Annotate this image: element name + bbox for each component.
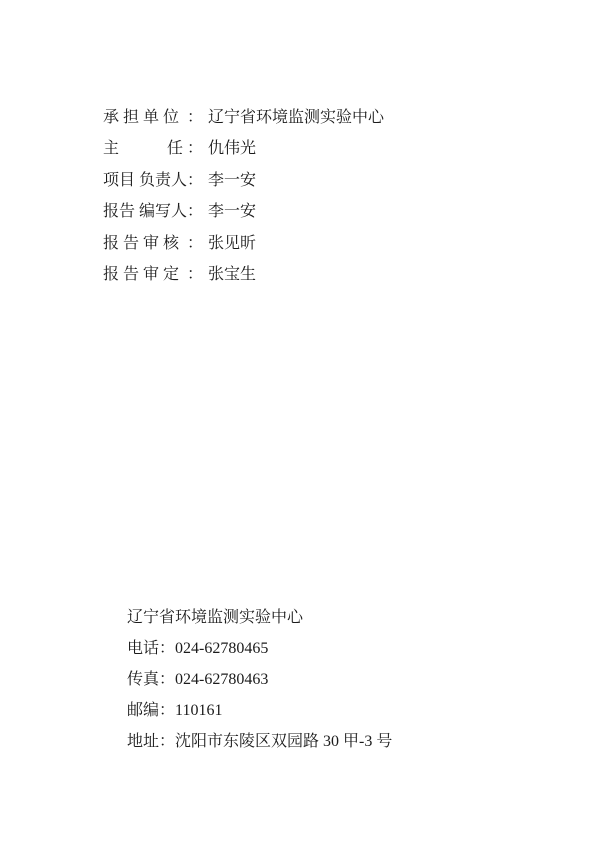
credit-row-director: 主 任 ： 仇伟光: [103, 133, 187, 164]
fullwidth-colon: ：: [187, 102, 203, 133]
credit-row-undertaking-unit: 承 担 单 位 ： 辽宁省环境监测实验中心: [103, 102, 187, 133]
fullwidth-colon: ：: [187, 228, 203, 259]
contact-value: 沈阳市东陵区双园路 30 甲-3 号: [175, 733, 392, 750]
report-credits-block: 承 担 单 位 ： 辽宁省环境监测实验中心 主 任 ： 仇伟光 项目 负责人 ：…: [103, 102, 187, 290]
contact-label: 邮编: [127, 702, 159, 719]
contact-block: 辽宁省环境监测实验中心 电话：024-62780465 传真：024-62780…: [103, 571, 392, 726]
contact-label: 传真: [127, 671, 159, 688]
fullwidth-colon: ：: [159, 640, 175, 657]
contact-value: 024-62780465: [175, 640, 268, 657]
credit-value: 辽宁省环境监测实验中心: [208, 102, 384, 133]
fullwidth-colon: ：: [159, 671, 175, 688]
fullwidth-colon: ：: [159, 702, 175, 719]
credit-row-report-writer: 报告 编写人 ： 李一安: [103, 196, 187, 227]
credit-row-report-approver: 报 告 审 定 ： 张宝生: [103, 259, 187, 290]
credit-value: 李一安: [208, 196, 256, 227]
contact-value: 024-62780463: [175, 671, 268, 688]
fullwidth-colon: ：: [187, 196, 203, 227]
credit-label: 项目 负责人: [103, 165, 187, 196]
credit-value: 李一安: [208, 165, 256, 196]
org-name-row: 辽宁省环境监测实验中心: [103, 571, 392, 602]
contact-value: 110161: [175, 702, 222, 719]
credit-row-report-reviewer: 报 告 审 核 ： 张见昕: [103, 228, 187, 259]
credit-label: 报 告 审 定: [103, 259, 179, 290]
credit-label: 承 担 单 位: [103, 102, 179, 133]
credit-label: 报 告 审 核: [103, 228, 179, 259]
fullwidth-colon: ：: [187, 259, 203, 290]
fullwidth-colon: ：: [187, 133, 203, 164]
credit-value: 张宝生: [208, 259, 256, 290]
contact-label: 电话: [127, 640, 159, 657]
credit-value: 张见昕: [208, 228, 256, 259]
contact-label: 地址: [127, 733, 159, 750]
credit-value: 仇伟光: [208, 133, 256, 164]
credit-label: 主 任: [103, 133, 183, 164]
fullwidth-colon: ：: [187, 165, 203, 196]
credit-label: 报告 编写人: [103, 196, 187, 227]
org-name: 辽宁省环境监测实验中心: [127, 609, 303, 626]
fullwidth-colon: ：: [159, 733, 175, 750]
document-page: 承 担 单 位 ： 辽宁省环境监测实验中心 主 任 ： 仇伟光 项目 负责人 ：…: [0, 0, 595, 841]
credit-row-project-leader: 项目 负责人 ： 李一安: [103, 165, 187, 196]
